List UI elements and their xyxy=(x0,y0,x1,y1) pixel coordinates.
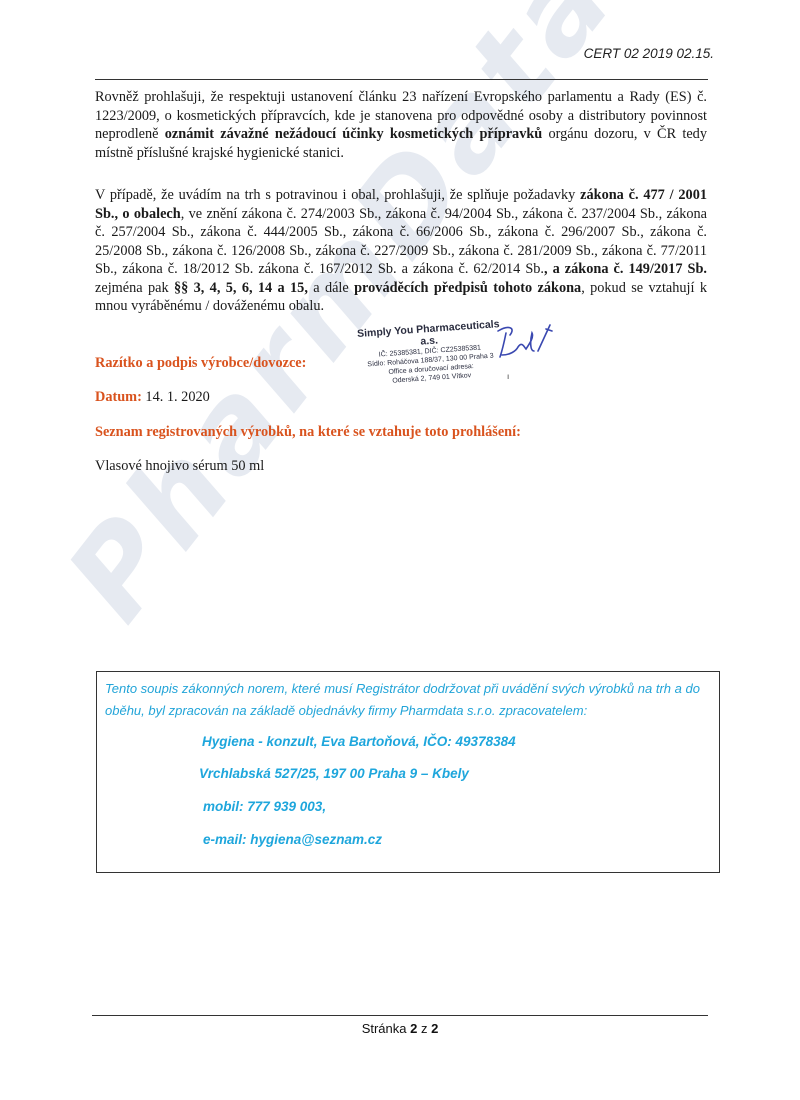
info-intro: Tento soupis zákonných norem, které musí… xyxy=(105,678,715,722)
text: a dále xyxy=(308,280,354,296)
document-reference: CERT 02 2019 02.15. xyxy=(584,46,714,61)
total-pages: 2 xyxy=(431,1021,438,1036)
document-page: CERT 02 2019 02.15. Rovněž prohlašuji, ž… xyxy=(0,0,800,1100)
text-bold: , a zákona č. 149/2017 Sb. xyxy=(544,261,707,277)
product-list-heading: Seznam registrovaných výrobků, na které … xyxy=(95,424,521,441)
processor-info-box: Tento soupis zákonných norem, které musí… xyxy=(96,671,720,873)
footer-divider xyxy=(92,1015,708,1016)
text-bold: prováděcích předpisů tohoto zákona xyxy=(354,280,581,296)
processor-phone: mobil: 777 939 003, xyxy=(203,799,326,814)
text: z xyxy=(417,1021,431,1036)
paragraph-packaging-declaration: V případě, že uvádím na trh s potravinou… xyxy=(95,186,707,316)
stamp-signature-label: Razítko a podpis výrobce/dovozce: xyxy=(95,355,306,372)
date-label: Datum: xyxy=(95,389,142,405)
text: zejména pak xyxy=(95,280,174,296)
signature-mark: ı xyxy=(507,372,509,381)
text-bold: oznámit závažné nežádoucí účinky kosmeti… xyxy=(165,126,543,142)
page-number: Stránka 2 z 2 xyxy=(0,1021,800,1036)
header-divider xyxy=(95,79,708,80)
processor-address: Vrchlabská 527/25, 197 00 Praha 9 – Kbel… xyxy=(199,766,469,781)
text-bold: §§ 3, 4, 5, 6, 14 a 15, xyxy=(174,280,308,296)
processor-company: Hygiena - konzult, Eva Bartoňová, IČO: 4… xyxy=(202,734,516,749)
date-value: 14. 1. 2020 xyxy=(142,389,210,405)
date-row: Datum: 14. 1. 2020 xyxy=(95,389,210,406)
signature-icon xyxy=(494,321,556,361)
product-item: Vlasové hnojivo sérum 50 ml xyxy=(95,458,264,475)
processor-email: e-mail: hygiena@seznam.cz xyxy=(203,832,382,847)
company-stamp: Simply You Pharmaceuticals a.s. IČ: 2538… xyxy=(348,317,512,388)
text: Stránka xyxy=(362,1021,410,1036)
text: V případě, že uvádím na trh s potravinou… xyxy=(95,187,580,203)
paragraph-cosmetics-declaration: Rovněž prohlašuji, že respektuji ustanov… xyxy=(95,88,707,162)
